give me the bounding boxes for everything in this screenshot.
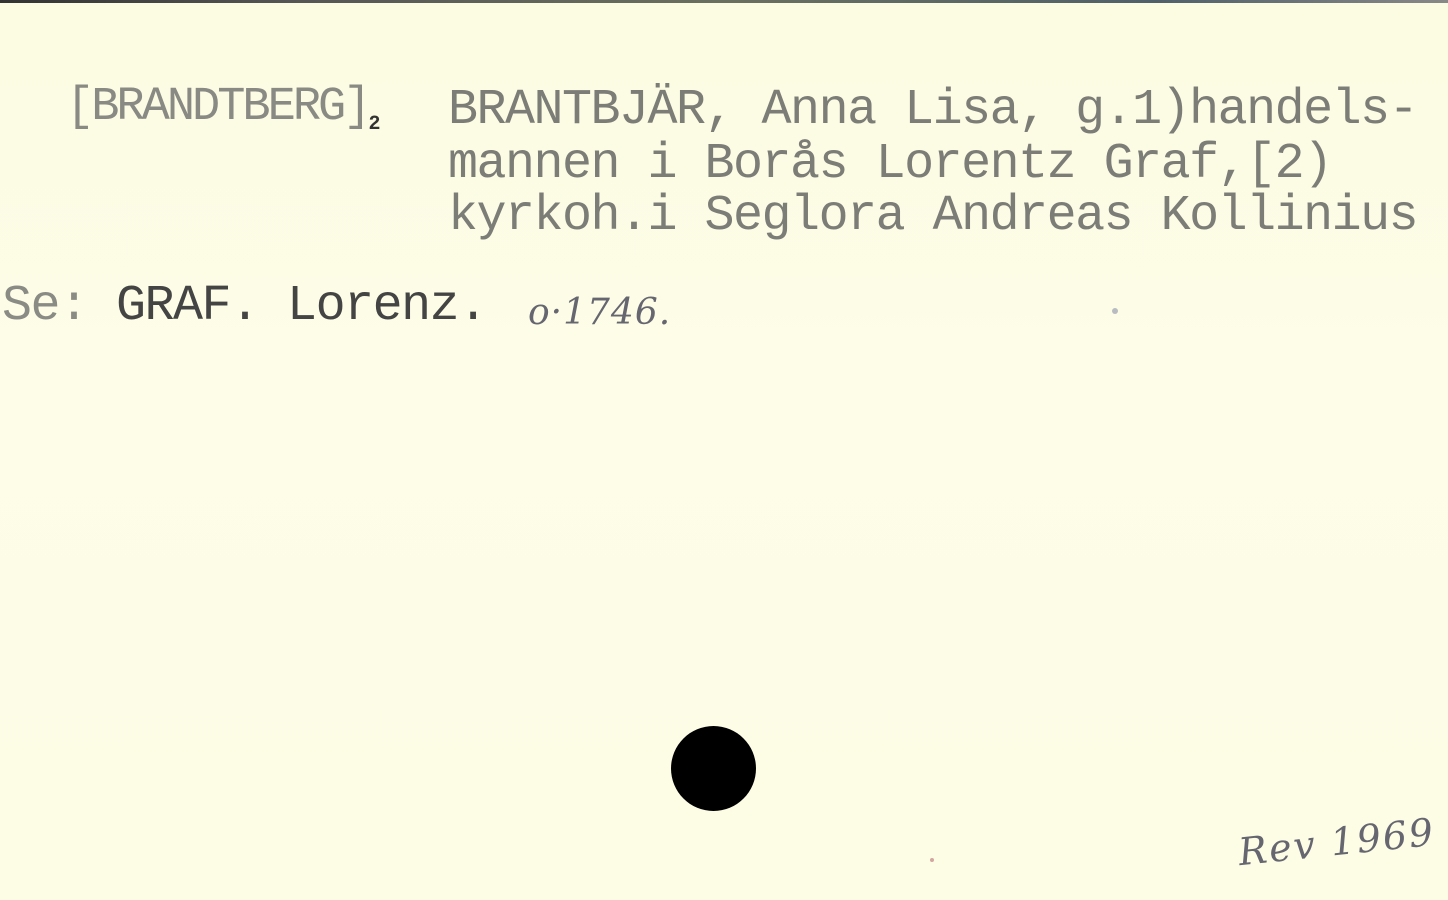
see-also-name: GRAF. Lorenz. — [116, 278, 487, 335]
see-also-reference: Se: GRAF. Lorenz. — [2, 282, 487, 332]
alternate-name-heading: [BRANDTBERG]2 — [66, 84, 377, 135]
punch-hole — [671, 726, 756, 811]
handwritten-date-note: o·1746. — [528, 292, 671, 333]
entry-line-1: BRANTBJÄR, Anna Lisa, g.1)handels- — [448, 86, 1417, 136]
alternate-name-text: [BRANDTBERG] — [66, 81, 368, 134]
entry-line-2: mannen i Borås Lorentz Graf,[2) — [448, 140, 1332, 190]
see-also-prefix: Se: — [2, 278, 116, 335]
paper-speck — [930, 858, 934, 862]
paper-speck — [1112, 308, 1118, 314]
card-top-edge — [0, 0, 1448, 3]
index-card: [BRANDTBERG]2 BRANTBJÄR, Anna Lisa, g.1)… — [0, 0, 1448, 900]
revision-note: Rev 1969 — [1236, 810, 1437, 874]
entry-line-3: kyrkoh.i Seglora Andreas Kollinius — [448, 192, 1417, 242]
alternate-name-mark: 2 — [368, 113, 377, 136]
